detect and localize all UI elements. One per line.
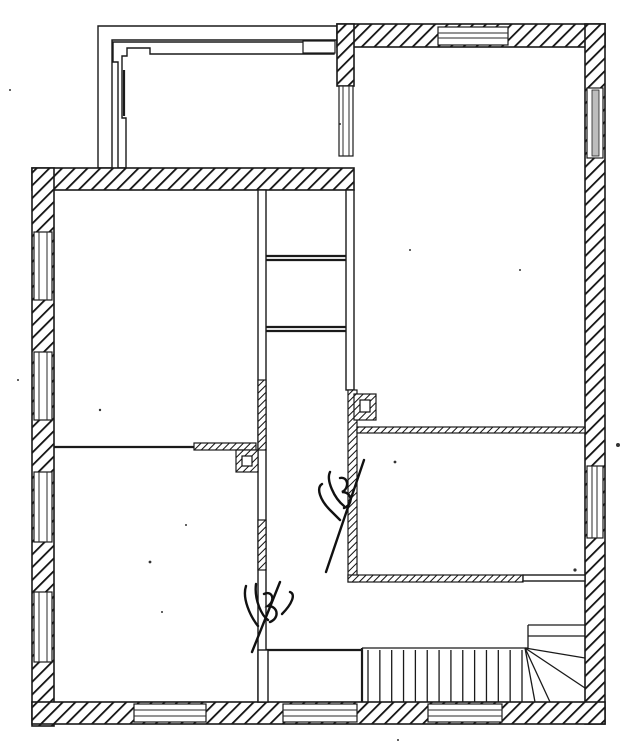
porch-inner-rail	[113, 42, 334, 168]
mid-right-room-bottom-wall	[348, 575, 523, 582]
porch-window	[303, 41, 335, 53]
mid-right-room-top-wall	[357, 427, 585, 433]
window-bottom-1	[134, 704, 206, 722]
corridor-left-partition-solid	[258, 380, 266, 450]
porch-annex	[98, 26, 338, 168]
winder-tread	[525, 648, 535, 702]
corridor-left-partition-solid-2	[258, 520, 266, 570]
interior-partitions	[54, 190, 585, 702]
window-right-2	[587, 466, 603, 538]
window-left-1	[34, 232, 52, 300]
window-left-4	[34, 592, 52, 662]
staircase	[362, 625, 585, 702]
porch-junction-wall	[337, 24, 354, 86]
window-top	[438, 27, 508, 45]
left-divider-solid	[194, 443, 256, 450]
window-porch-junction	[339, 86, 353, 156]
window-left-2	[34, 352, 52, 420]
window-bottom-3	[428, 704, 502, 722]
corridor-right-partition	[346, 190, 354, 390]
winder-tread	[525, 648, 585, 658]
bottom-wall-group	[32, 702, 605, 724]
window-left-3	[34, 472, 52, 542]
window-right-1	[587, 88, 603, 158]
floor-plan-drawing: N3 N2	[0, 0, 630, 747]
left-top-wall	[32, 168, 354, 190]
entry-left-jamb	[258, 650, 268, 702]
stair-treads	[368, 650, 522, 702]
window-bottom-2	[283, 704, 357, 722]
right-block-walls	[337, 24, 605, 724]
